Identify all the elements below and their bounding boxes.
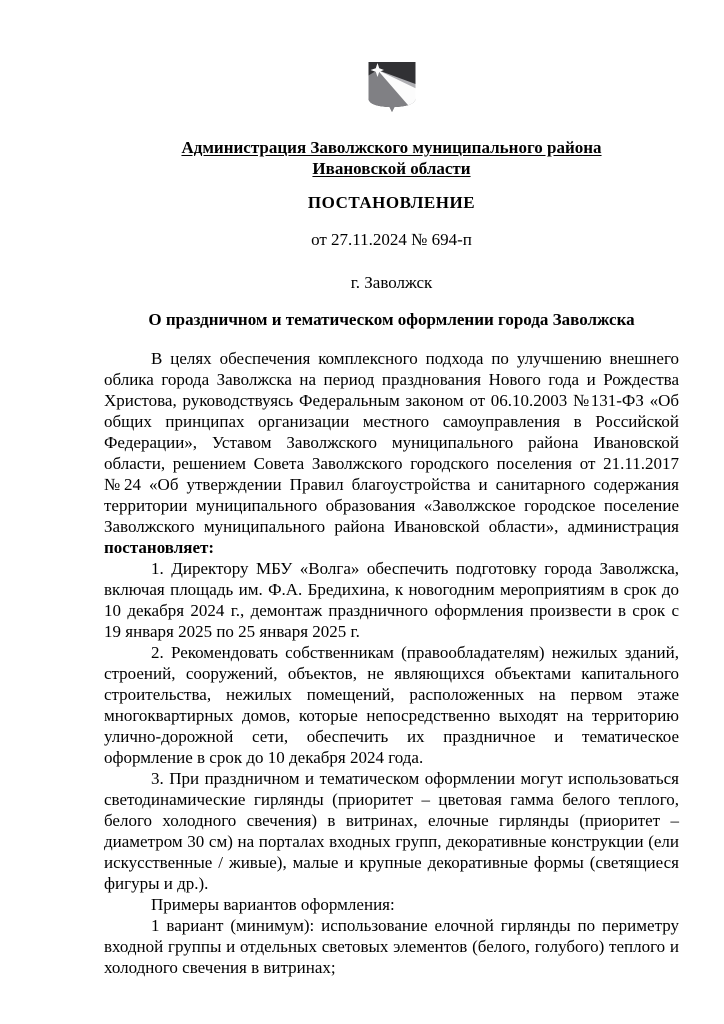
- document-type-heading: ПОСТАНОВЛЕНИЕ: [104, 192, 679, 213]
- clause-2: 2. Рекомендовать собственникам (правообл…: [104, 642, 679, 768]
- clause-1: 1. Директору МБУ «Волга» обеспечить подг…: [104, 558, 679, 642]
- variant-1-paragraph: 1 вариант (минимум): использование елочн…: [104, 915, 679, 978]
- preamble-paragraph: В целях обеспечения комплексного подхода…: [104, 348, 679, 558]
- clause-3: 3. При праздничном и тематическом оформл…: [104, 768, 679, 894]
- document-page: Администрация Заволжского муниципального…: [0, 0, 724, 1024]
- document-date-number: от 27.11.2024 № 694-п: [104, 229, 679, 250]
- emblem-container: [104, 60, 679, 118]
- document-title: О праздничном и тематическом оформлении …: [104, 309, 679, 330]
- organization-name-line2: Ивановской области: [312, 159, 470, 178]
- resolves-keyword: постановляет:: [104, 538, 214, 557]
- organization-name-line1: Администрация Заволжского муниципального…: [181, 138, 601, 157]
- preamble-text: В целях обеспечения комплексного подхода…: [104, 349, 679, 536]
- coat-of-arms-icon: [367, 60, 417, 117]
- organization-name: Администрация Заволжского муниципального…: [104, 137, 679, 179]
- document-city: г. Заволжск: [104, 272, 679, 293]
- document-body: В целях обеспечения комплексного подхода…: [104, 348, 679, 978]
- examples-label: Примеры вариантов оформления:: [104, 894, 679, 915]
